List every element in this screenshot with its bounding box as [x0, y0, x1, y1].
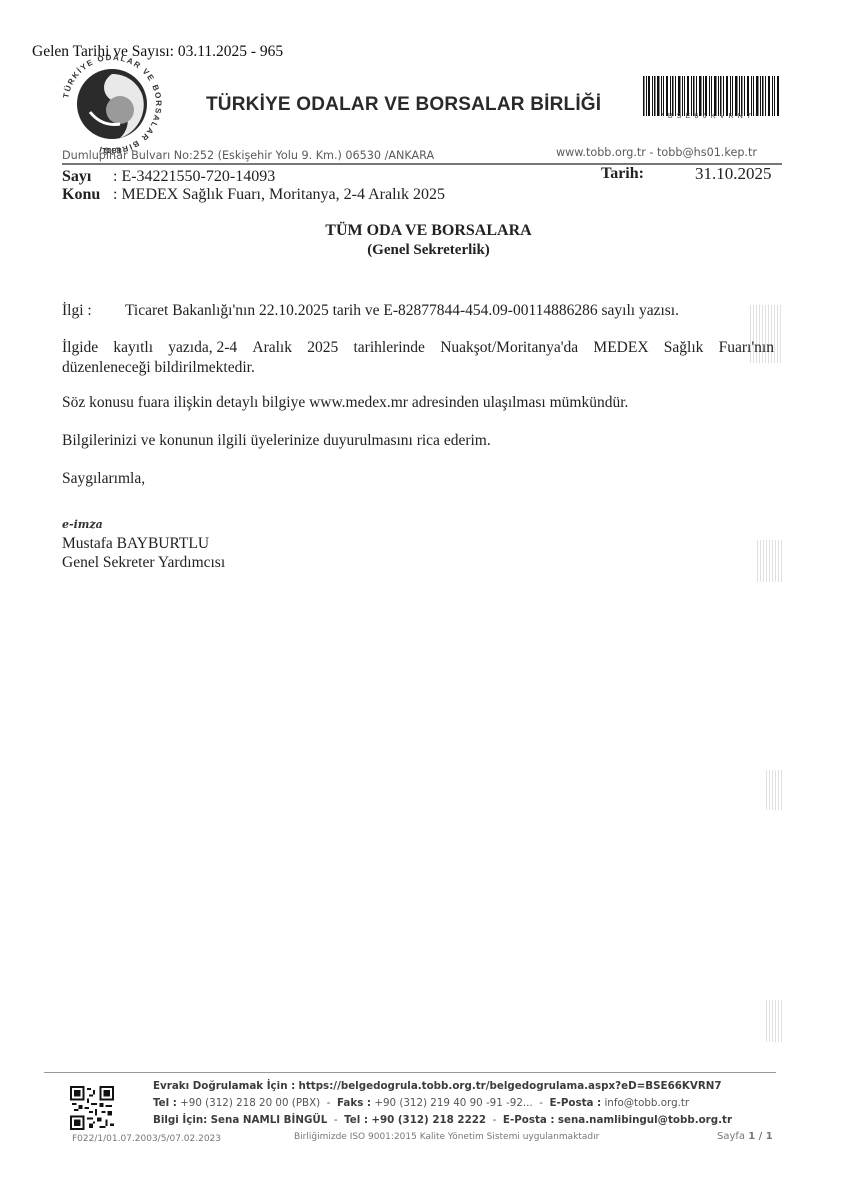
info-contact-line: Bilgi İçin: Sena NAMLI BİNGÜL - Tel : +9… — [153, 1114, 732, 1126]
address: Dumlupınar Bulvarı No:252 (Eskişehir Yol… — [62, 149, 434, 162]
organization-title: TÜRKİYE ODALAR VE BORSALAR BİRLİĞİ — [206, 94, 601, 116]
scan-artifact — [750, 305, 782, 363]
verify-line: Evrakı Doğrulamak İçin : https://belgedo… — [153, 1080, 722, 1092]
signatory-name: Mustafa BAYBURTLU — [62, 535, 209, 553]
tarih-value: 31.10.2025 — [695, 164, 772, 184]
contact-web: www.tobb.org.tr - tobb@hs01.kep.tr — [556, 146, 757, 159]
konu-label: Konu — [62, 186, 100, 204]
recipient-subtitle: (Genel Sekreterlik) — [0, 242, 849, 259]
ilgi-text: Ticaret Bakanlığı'nın 22.10.2025 tarih v… — [125, 302, 679, 320]
contact-email-link[interactable]: sena.namlibingul@tobb.org.tr — [558, 1114, 732, 1126]
barcode-text: *BSE66KVRN7* — [643, 113, 780, 120]
scan-artifact — [766, 770, 784, 810]
sayi-label: Sayı — [62, 168, 91, 186]
contact-line: Tel : +90 (312) 218 20 00 (PBX) - Faks :… — [153, 1097, 689, 1109]
paragraph-3: Bilgilerinizi ve konunun ilgili üyelerin… — [62, 432, 491, 450]
tobb-logo: TÜRKİYE ODALAR VE BORSALAR BİRLİĞİ TOBB — [60, 52, 164, 156]
e-signature-mark: e-imza — [62, 518, 103, 531]
contact-person: Sena NAMLI BİNGÜL — [211, 1114, 328, 1126]
email-link[interactable]: info@tobb.org.tr — [604, 1097, 689, 1109]
sayi-value: : E-34221550-720-14093 — [113, 168, 275, 186]
form-code: F022/1/01.07.2003/5/07.02.2023 — [72, 1134, 221, 1144]
barcode — [643, 76, 780, 116]
paragraph-1-line-2: düzenleneceği bildirilmektedir. — [62, 359, 255, 377]
paragraph-1-line-1: İlgide kayıtlı yazıda, 2-4 Aralık 2025 t… — [62, 339, 774, 357]
tarih-label: Tarih: — [601, 165, 644, 183]
konu-value: : MEDEX Sağlık Fuarı, Moritanya, 2-4 Ara… — [113, 186, 445, 204]
closing: Saygılarımla, — [62, 470, 145, 488]
kep-address-link[interactable]: tobb@hs01.kep.tr — [657, 146, 757, 159]
iso-notice: Birliğimizde ISO 9001:2015 Kalite Yöneti… — [294, 1132, 599, 1142]
recipient-title: TÜM ODA VE BORSALARA — [0, 222, 849, 240]
qr-code[interactable] — [70, 1086, 114, 1130]
phone-value: +90 (312) 218 20 00 (PBX) — [180, 1097, 320, 1109]
contact-phone: +90 (312) 218 2222 — [371, 1114, 486, 1126]
ilgi-label: İlgi : — [62, 302, 92, 320]
header-divider — [62, 163, 782, 165]
page-number: Sayfa 1 / 1 — [717, 1131, 773, 1142]
signatory-title: Genel Sekreter Yardımcısı — [62, 554, 225, 572]
verify-url-link[interactable]: https://belgedogrula.tobb.org.tr/belgedo… — [299, 1080, 722, 1092]
paragraph-2: Söz konusu fuara ilişkin detaylı bilgiye… — [62, 394, 628, 412]
fax-value: +90 (312) 219 40 90 -91 -92... — [374, 1097, 532, 1109]
website-link[interactable]: www.tobb.org.tr — [556, 146, 646, 159]
scan-artifact — [766, 1000, 782, 1042]
footer-divider — [44, 1072, 776, 1073]
scan-artifact — [757, 540, 783, 582]
